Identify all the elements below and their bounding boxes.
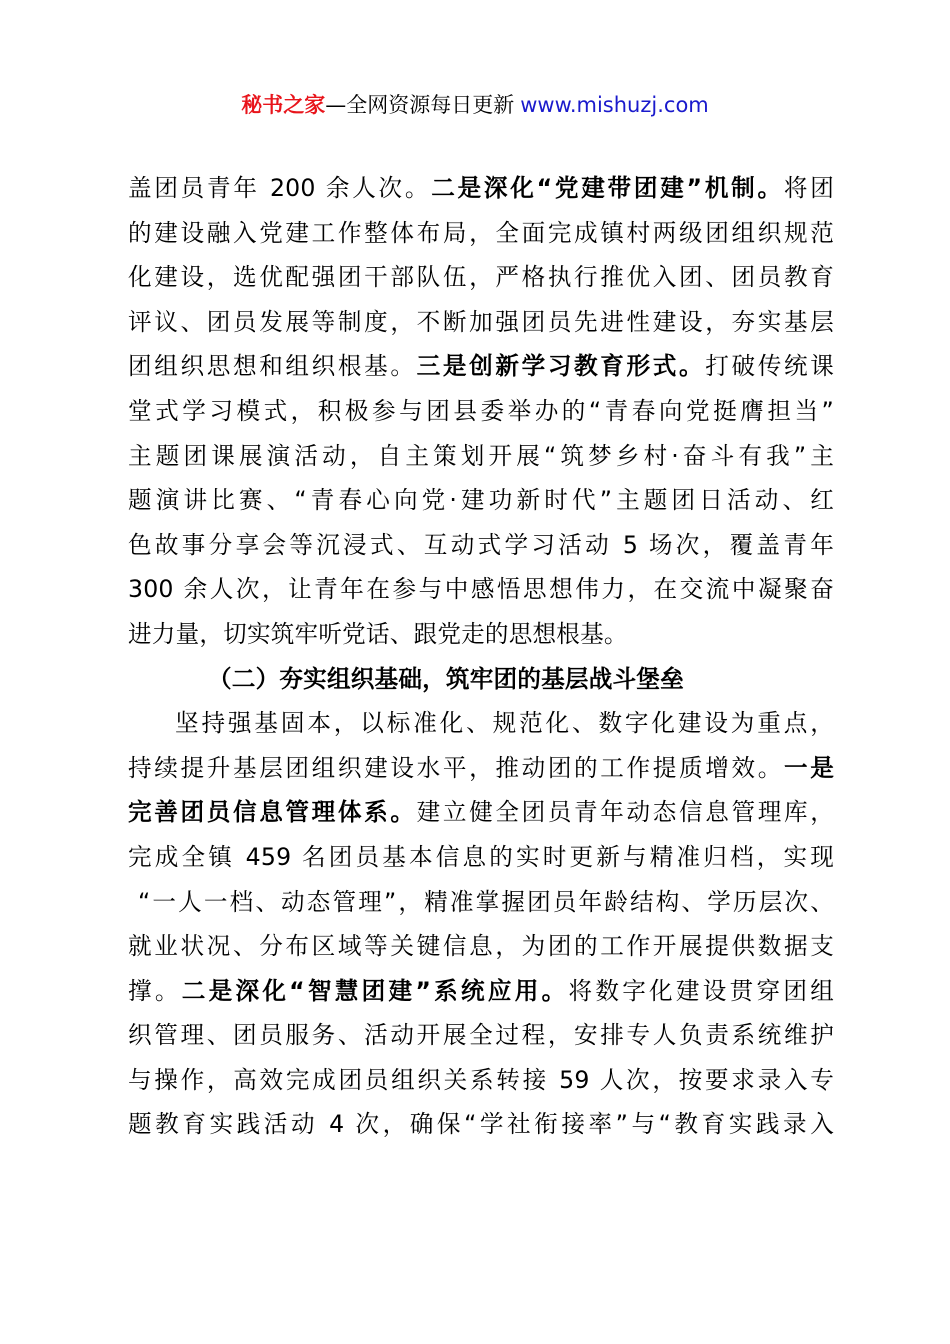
paragraph-line: 完善团员信息管理体系。建立健全团员青年动态信息管理库，: [128, 790, 834, 835]
brand-name: 秘书之家: [241, 93, 325, 117]
line-text: 将团: [784, 174, 834, 202]
document-body: 盖团员青年 200 余人次。二是深化“党建带团建”机制。将团 的建设融入党建工作…: [128, 166, 834, 1147]
line-text: 持续提升基层团组织建设水平，推动团的工作提质增效。: [128, 754, 784, 782]
paragraph-line: 就业状况、分布区域等关键信息，为团的工作开展提供数据支: [128, 924, 834, 969]
paragraph-line: 撑。二是深化“智慧团建”系统应用。将数字化建设贯穿团组: [128, 969, 834, 1014]
paragraph-line: “一人一档、动态管理”，精准掌握团员年龄结构、学历层次、: [128, 880, 834, 925]
paragraph-line: 评议、团员发展等制度，不断加强团员先进性建设，夯实基层: [128, 300, 834, 345]
paragraph-line: 的建设融入党建工作整体布局，全面完成镇村两级团组织规范: [128, 211, 834, 256]
tagline: —全网资源每日更新: [325, 93, 514, 117]
paragraph-line: 色故事分享会等沉浸式、互动式学习活动 5 场次，覆盖青年: [128, 523, 834, 568]
paragraph-line: 盖团员青年 200 余人次。二是深化“党建带团建”机制。将团: [128, 166, 834, 211]
paragraph-line: 与操作，高效完成团员组织关系转接 59 人次，按要求录入专: [128, 1058, 834, 1103]
bold-emphasis: 二是深化“智慧团建”系统应用。: [182, 977, 569, 1005]
site-url[interactable]: www.mishuzj.com: [520, 93, 709, 117]
line-text: 盖团员青年 200 余人次。: [128, 174, 431, 202]
line-text: 建立健全团员青年动态信息管理库，: [417, 798, 834, 826]
paragraph-line: 堂式学习模式，积极参与团县委举办的“青春向党挺膺担当”: [128, 389, 834, 434]
section-heading: （二）夯实组织基础，筑牢团的基层战斗堡垒: [128, 657, 834, 702]
paragraph-line: 化建设，选优配强团干部队伍，严格执行推优入团、团员教育: [128, 255, 834, 300]
paragraph-line: 300 余人次，让青年在参与中感悟思想伟力，在交流中凝聚奋: [128, 567, 834, 612]
bold-emphasis: 三是创新学习教育形式。: [417, 352, 706, 380]
bold-emphasis: 完善团员信息管理体系。: [128, 798, 417, 826]
paragraph-line: 进力量，切实筑牢听党话、跟党走的思想根基。: [128, 612, 834, 657]
line-text: 打破传统课: [705, 352, 834, 380]
bold-emphasis: 一是: [784, 754, 834, 782]
bold-emphasis: 二是深化“党建带团建”机制。: [431, 174, 784, 202]
paragraph-line: 团组织思想和组织根基。三是创新学习教育形式。打破传统课: [128, 344, 834, 389]
paragraph-line: 完成全镇 459 名团员基本信息的实时更新与精准归档，实现: [128, 835, 834, 880]
line-text: 将数字化建设贯穿团组: [568, 977, 834, 1005]
paragraph-line: 题教育实践活动 4 次，确保“学社衔接率”与“教育实践录入: [128, 1102, 834, 1147]
paragraph-line: 织管理、团员服务、活动开展全过程，安排专人负责系统维护: [128, 1013, 834, 1058]
site-watermark-header: 秘书之家—全网资源每日更新www.mishuzj.com: [0, 88, 950, 122]
paragraph-line: 主题团课展演活动，自主策划开展“筑梦乡村·奋斗有我”主: [128, 434, 834, 479]
paragraph-line: 坚持强基固本，以标准化、规范化、数字化建设为重点，: [128, 701, 834, 746]
paragraph-line: 题演讲比赛、“青春心向党·建功新时代”主题团日活动、红: [128, 478, 834, 523]
paragraph-line: 持续提升基层团组织建设水平，推动团的工作提质增效。一是: [128, 746, 834, 791]
line-text: 撑。: [128, 977, 182, 1005]
line-text: 团组织思想和组织根基。: [128, 352, 417, 380]
